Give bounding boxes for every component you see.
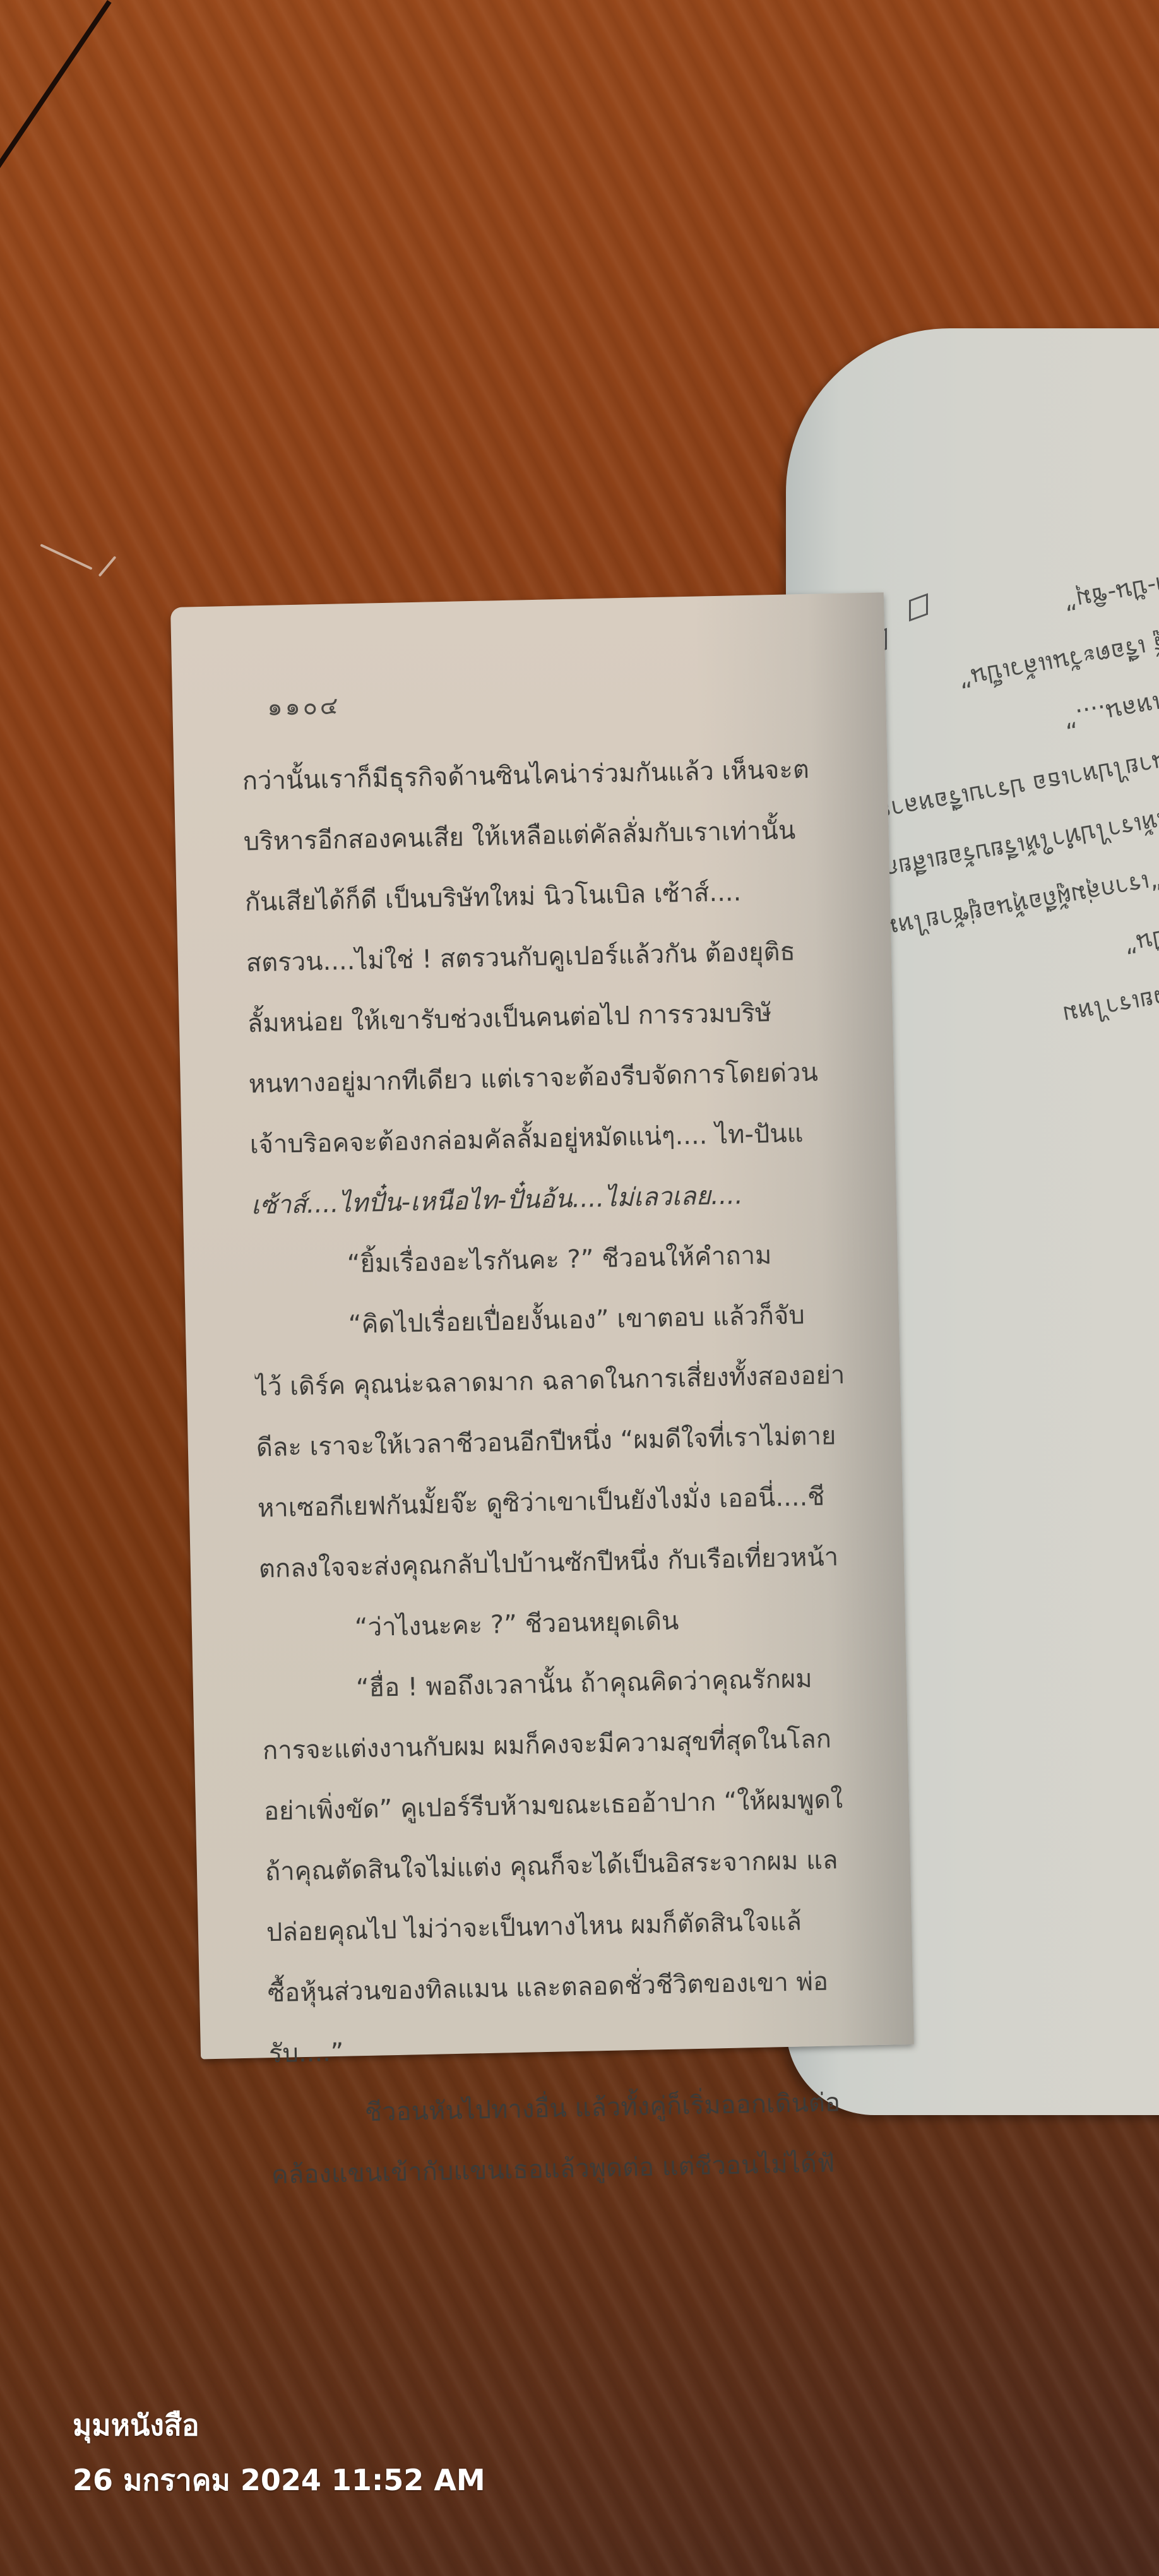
watermark-title: มุมหนังสือ — [73, 2402, 199, 2448]
page-number: ๑๑๐๔ — [267, 686, 341, 725]
table-scratch — [98, 556, 117, 576]
table-scratch — [40, 544, 92, 570]
left-page: ๑๑๐๔ กว่านั้นเราก็มีธุรกิจด้านซินไคน่าร่… — [170, 592, 914, 2059]
table-crack — [0, 0, 112, 228]
photo-timestamp: 26 มกราคม 2024 11:52 AM — [73, 2457, 485, 2503]
page-body-text: กว่านั้นเราก็มีธุรกิจด้านซินไคน่าร่วมกัน… — [242, 737, 916, 2205]
text-line: คล้องแขนเข้ากับแขนเธอแล้วพูดต่อ แต่ชีวอน… — [271, 2132, 916, 2205]
